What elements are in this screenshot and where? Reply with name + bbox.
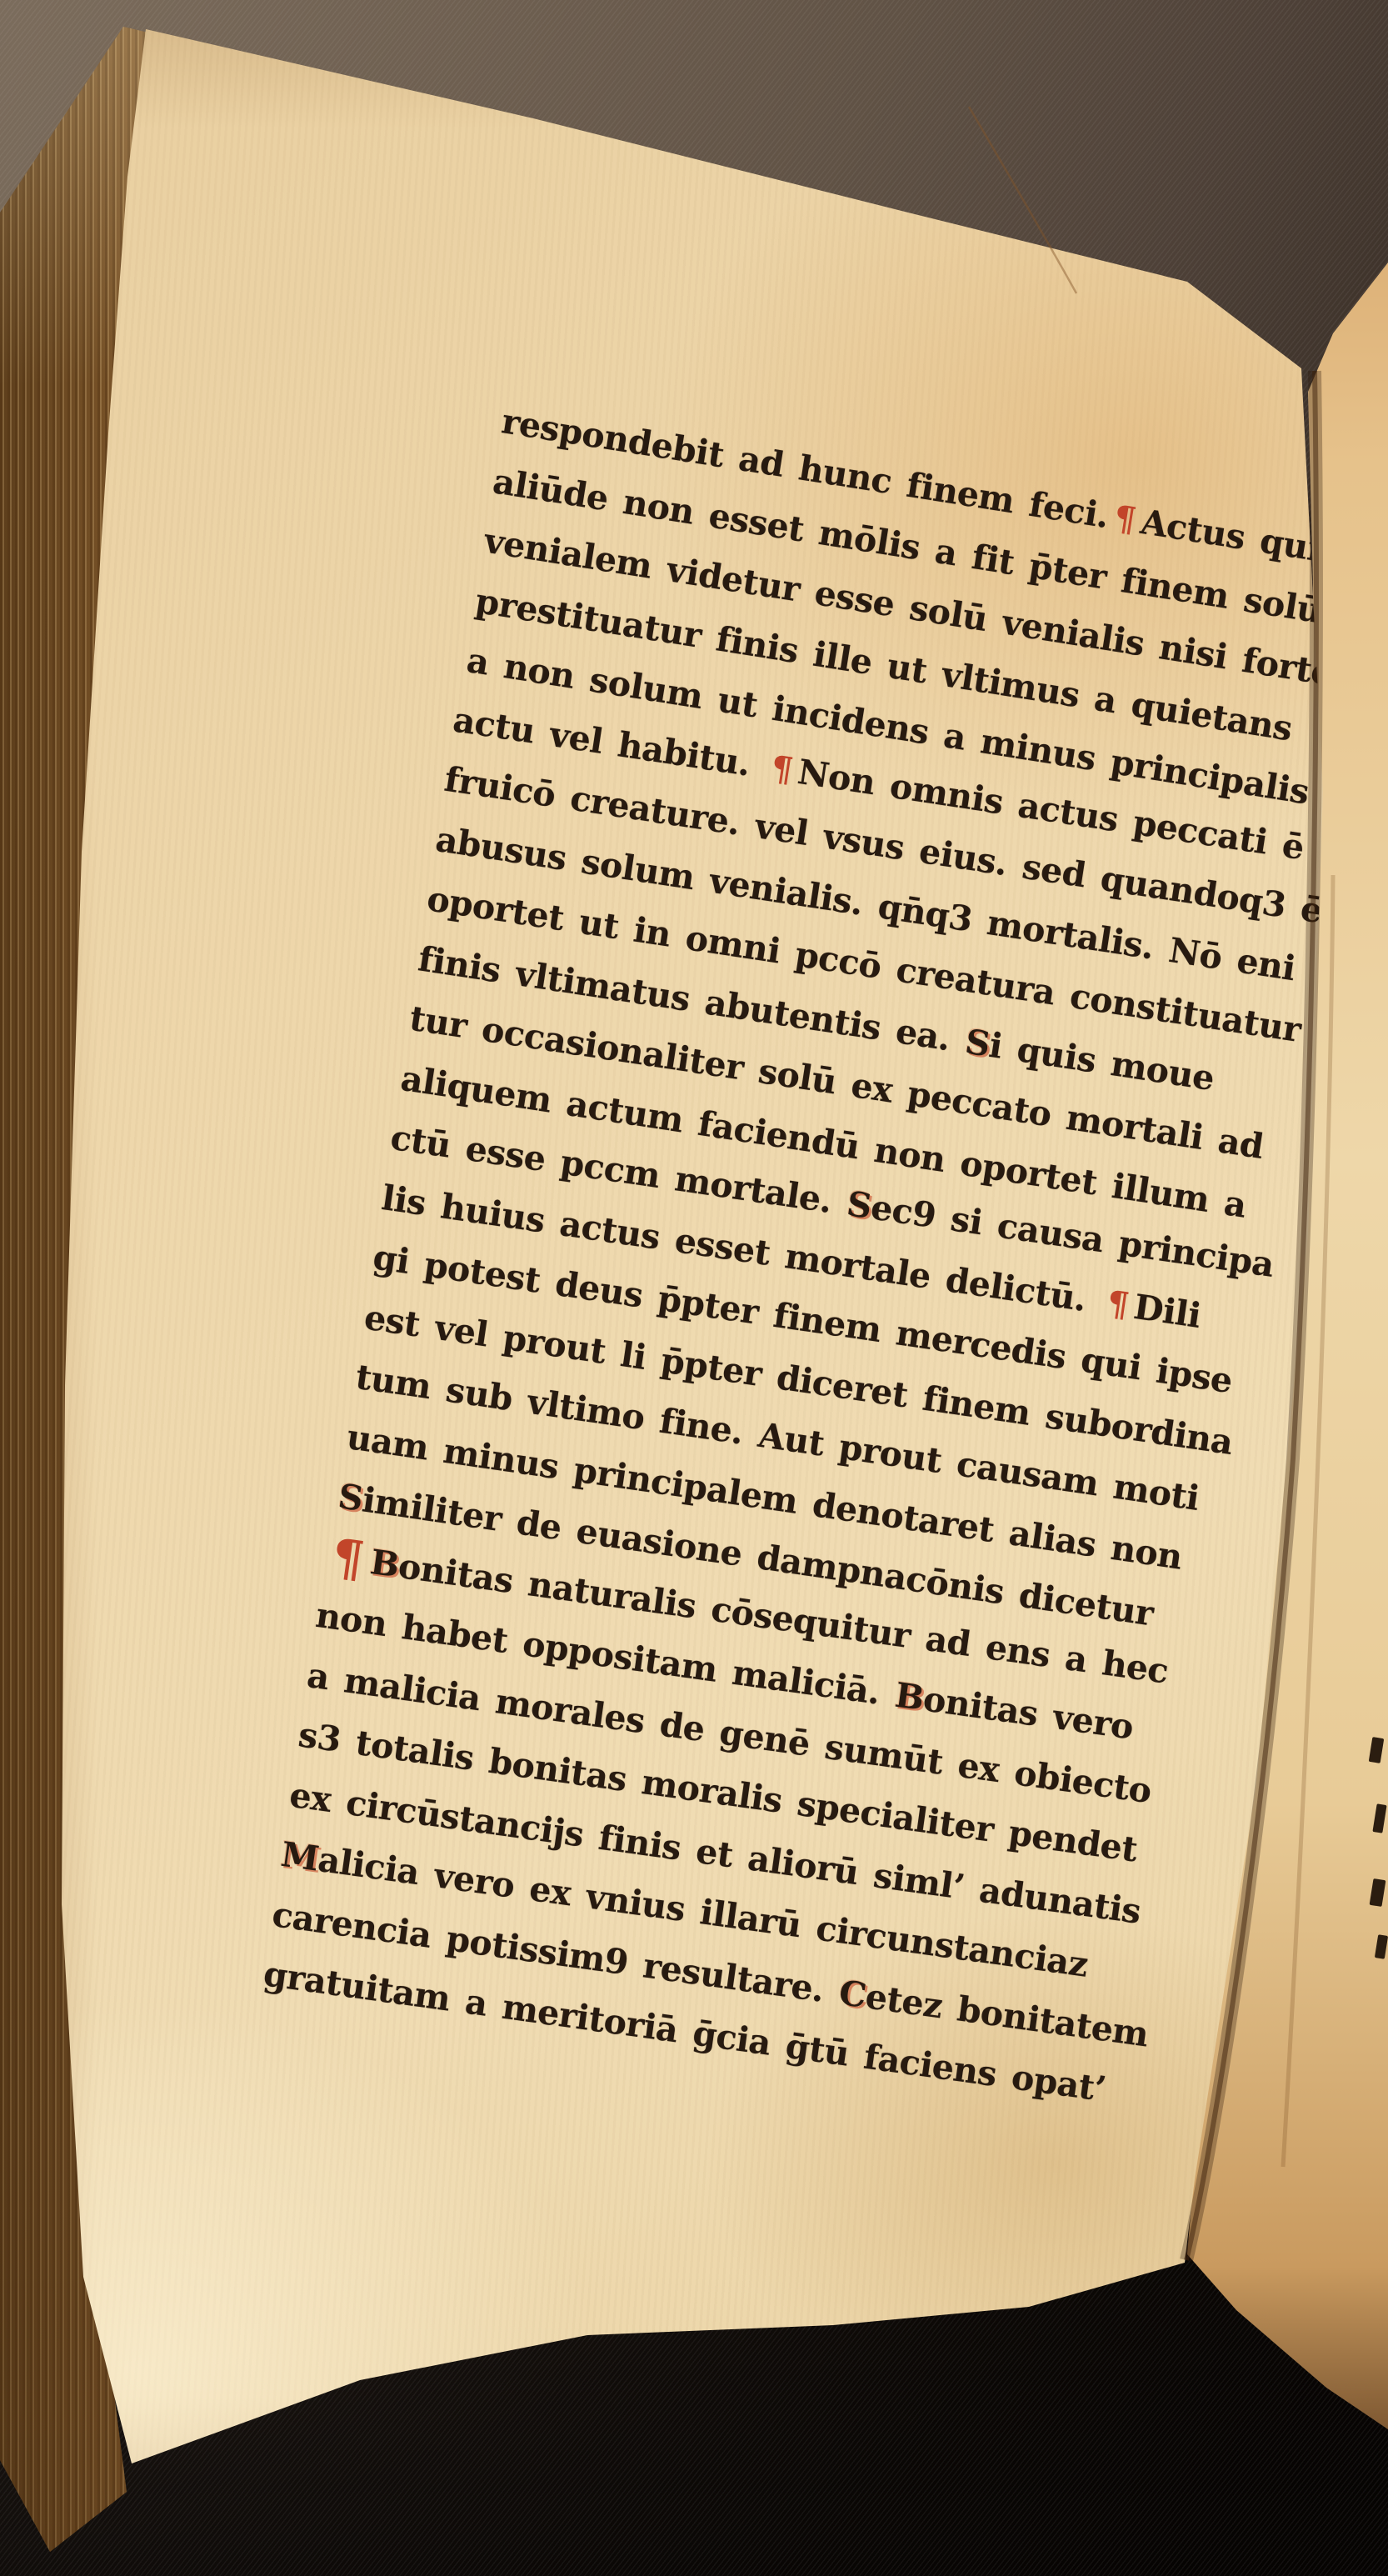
book-page: respondebit ad hunc finem feci.¶Actus qu…: [0, 0, 1388, 2576]
facing-page-text-fragment: [1372, 1803, 1386, 1833]
rubric-pilcrow: ¶: [325, 1555, 371, 1562]
facing-page-text-fragment: [1370, 1878, 1386, 1907]
book-photo-scene: respondebit ad hunc finem feci.¶Actus qu…: [0, 0, 1388, 2576]
text-block: respondebit ad hunc finem feci.¶Actus qu…: [264, 390, 1291, 2120]
text-segment: Dili: [1131, 1286, 1203, 1335]
facing-page-text-fragment: [1369, 1737, 1385, 1763]
facing-page-text-fragment: [1375, 1934, 1388, 1959]
rubricated-initial: M: [278, 1834, 321, 1879]
